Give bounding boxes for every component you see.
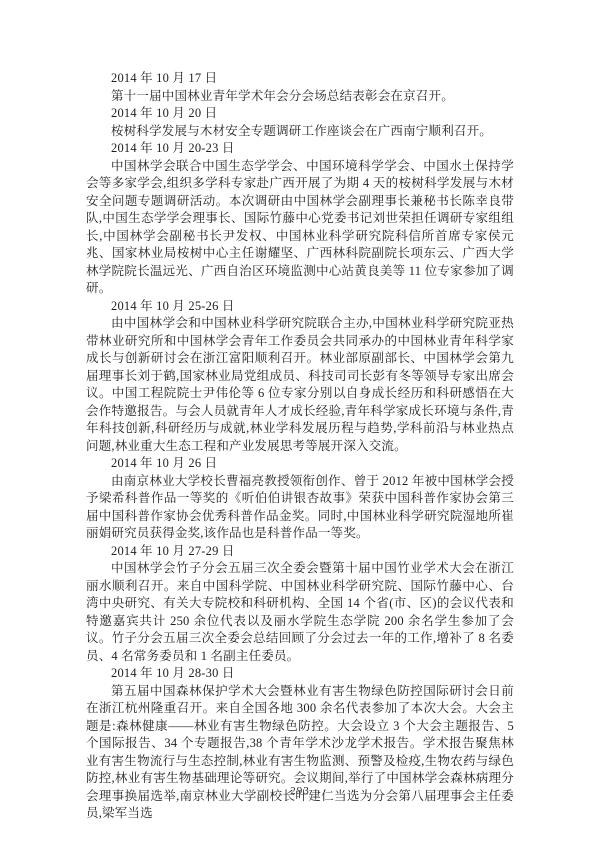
entry-date: 2014 年 10 月 26 日 <box>86 455 514 473</box>
entry-text: 由中国林学会和中国林业科学研究院联合主办,中国林业科学研究院亚热带林业研究所和中… <box>86 315 514 455</box>
chronicle-entry: 2014 年 10 月 20-23 日 中国林学会联合中国生态学学会、中国环境科… <box>86 140 514 298</box>
document-page: 2014 年 10 月 17 日 第十一届中国林业青年学术年会分会场总结表彰会在… <box>0 0 600 848</box>
entry-text: 中国林学会竹子分会五届三次全委会暨第十届中国竹业学术大会在浙江丽水顺利召开。来自… <box>86 560 514 665</box>
chronicle-entry: 2014 年 10 月 25-26 日 由中国林学会和中国林业科学研究院联合主办… <box>86 298 514 456</box>
entry-text: 中国林学会联合中国生态学学会、中国环境科学学会、中国水土保持学会等多家学会,组织… <box>86 158 514 298</box>
entry-date: 2014 年 10 月 25-26 日 <box>86 298 514 316</box>
chronicle-text-block: 2014 年 10 月 17 日 第十一届中国林业青年学术年会分会场总结表彰会在… <box>86 70 514 823</box>
chronicle-entry: 2014 年 10 月 27-29 日 中国林学会竹子分会五届三次全委会暨第十届… <box>86 543 514 666</box>
entry-text: 第五届中国森林保护学术大会暨林业有害生物绿色防控国际研讨会日前在浙江杭州隆重召开… <box>86 683 514 823</box>
chronicle-entry: 2014 年 10 月 17 日 第十一届中国林业青年学术年会分会场总结表彰会在… <box>86 70 514 105</box>
entry-date: 2014 年 10 月 17 日 <box>86 70 514 88</box>
chronicle-entry: 2014 年 10 月 28-30 日 第五届中国森林保护学术大会暨林业有害生物… <box>86 665 514 823</box>
entry-date: 2014 年 10 月 28-30 日 <box>86 665 514 683</box>
entry-date: 2014 年 10 月 20 日 <box>86 105 514 123</box>
page-number: 293 <box>86 785 514 797</box>
chronicle-entry: 2014 年 10 月 20 日 桉树科学发展与木材安全专题调研工作座谈会在广西… <box>86 105 514 140</box>
entry-date: 2014 年 10 月 20-23 日 <box>86 140 514 158</box>
entry-text: 桉树科学发展与木材安全专题调研工作座谈会在广西南宁顺利召开。 <box>86 123 514 141</box>
entry-date: 2014 年 10 月 27-29 日 <box>86 543 514 561</box>
entry-text: 第十一届中国林业青年学术年会分会场总结表彰会在京召开。 <box>86 88 514 106</box>
entry-text: 由南京林业大学校长曹福亮教授领衔创作、曾于 2012 年被中国林学会授予梁希科普… <box>86 473 514 543</box>
chronicle-entry: 2014 年 10 月 26 日 由南京林业大学校长曹福亮教授领衔创作、曾于 2… <box>86 455 514 543</box>
